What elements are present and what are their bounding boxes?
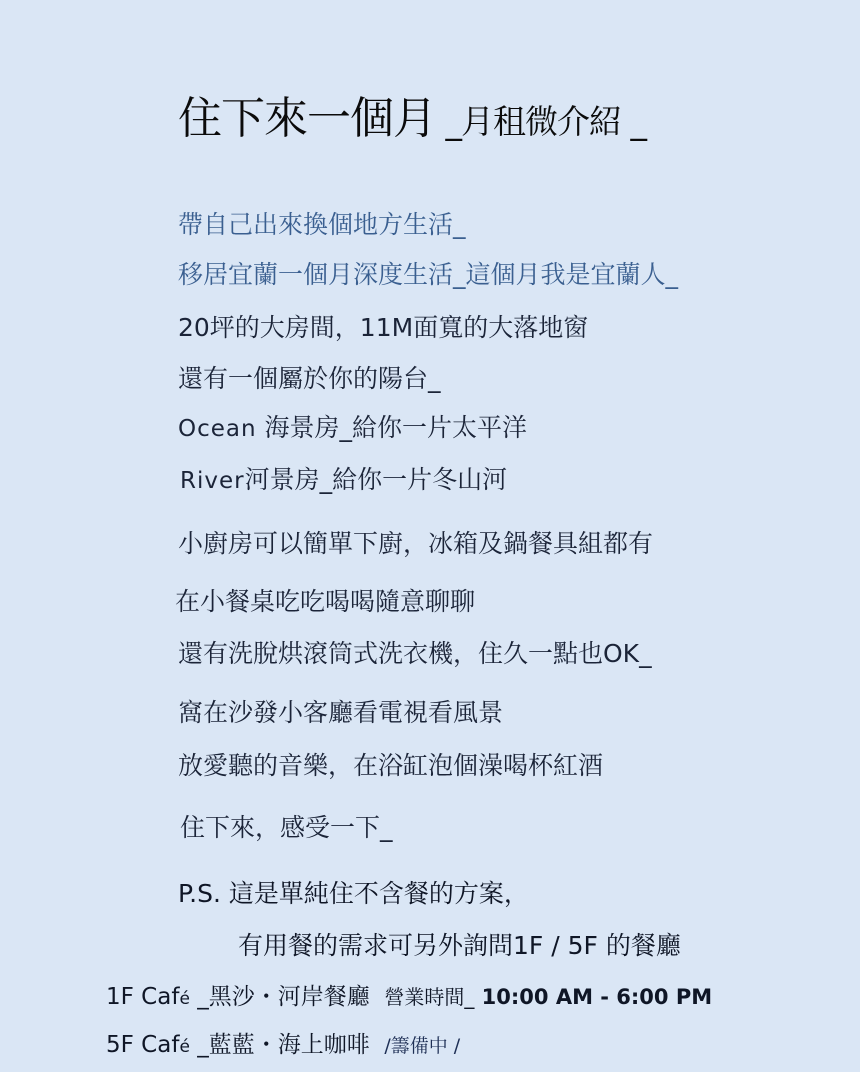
intro-line: 帶自己出來換個地方生活_ bbox=[178, 205, 466, 241]
title-main: 住下來一個月 bbox=[178, 93, 436, 144]
room-type-river: River河景房_給你一片冬山河 bbox=[180, 460, 507, 496]
title-sub: _月租微介紹 _ bbox=[436, 102, 646, 141]
cafe-5f: 5F Café _藍藍・海上咖啡 /籌備中 / bbox=[106, 1026, 460, 1059]
intro-line: 移居宜蘭一個月深度生活_這個月我是宜蘭人_ bbox=[178, 255, 678, 291]
room-line: 20坪的大房間，11M面寬的大落地窗 bbox=[178, 308, 588, 344]
amenity-line: 放愛聽的音樂，在浴缸泡個澡喝杯紅酒 bbox=[178, 746, 603, 782]
cafe-1f: 1F Café _黑沙・河岸餐廳 營業時間_ 10:00 AM - 6:00 P… bbox=[106, 978, 712, 1011]
cafe-status: /籌備中 / bbox=[384, 1035, 460, 1057]
ps-line: P.S. 這是單純住不含餐的方案， bbox=[178, 874, 529, 910]
room-type-text: 河景房_給你一片冬山河 bbox=[245, 465, 508, 494]
room-type-latin: River bbox=[180, 468, 245, 494]
cafe-prefix: 5F Caf bbox=[106, 1032, 179, 1058]
cafe-e: é bbox=[179, 1037, 189, 1057]
cafe-name: _藍藍・海上咖啡 bbox=[190, 1032, 370, 1058]
room-type-ocean: Ocean 海景房_給你一片太平洋 bbox=[178, 408, 527, 444]
room-line: 還有一個屬於你的陽台_ bbox=[178, 359, 441, 395]
amenity-line: 在小餐桌吃吃喝喝隨意聊聊 bbox=[175, 582, 475, 618]
ps-line: 有用餐的需求可另外詢問1F / 5F 的餐廳 bbox=[238, 926, 681, 962]
amenity-line: 住下來，感受一下_ bbox=[180, 808, 393, 844]
opening-hours: 10:00 AM - 6:00 PM bbox=[482, 985, 712, 1009]
cafe-e: é bbox=[179, 989, 189, 1009]
amenity-line: 窩在沙發小客廳看電視看風景 bbox=[178, 693, 503, 729]
room-type-text: 海景房_給你一片太平洋 bbox=[257, 413, 527, 442]
hours-label: 營業時間_ bbox=[384, 985, 474, 1009]
room-type-latin: Ocean bbox=[178, 416, 257, 442]
page-title: 住下來一個月 _月租微介紹 _ bbox=[178, 82, 646, 146]
amenity-line: 小廚房可以簡單下廚，冰箱及鍋餐具組都有 bbox=[178, 524, 653, 560]
cafe-prefix: 1F Caf bbox=[106, 984, 179, 1010]
cafe-name: _黑沙・河岸餐廳 bbox=[190, 984, 370, 1010]
amenity-line: 還有洗脫烘滾筒式洗衣機，住久一點也OK_ bbox=[178, 634, 652, 670]
